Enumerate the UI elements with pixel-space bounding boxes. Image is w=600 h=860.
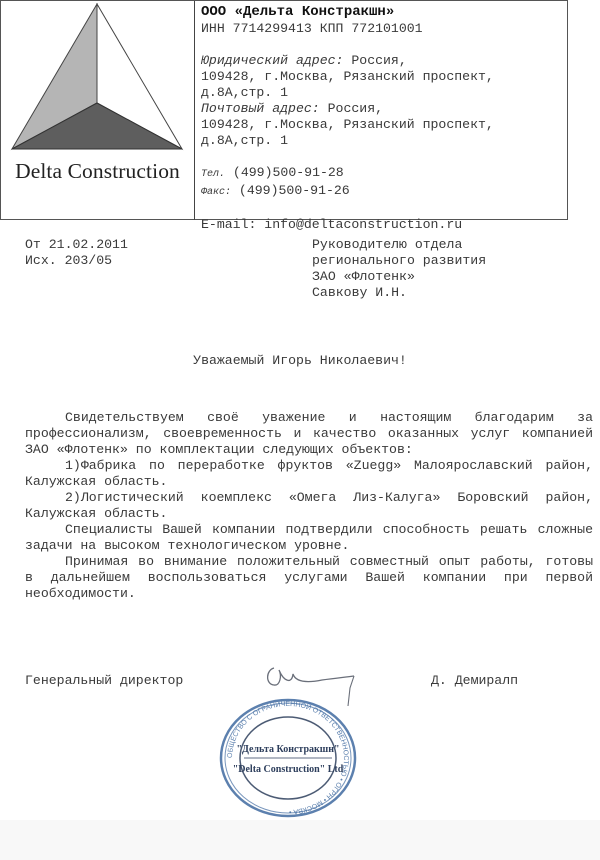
paragraph-1: профессионализм, своевременность и качес…: [25, 426, 593, 458]
legal-address: Юридический адрес: Россия,: [201, 53, 566, 69]
postal-address-label: Почтовый адрес:: [201, 101, 320, 116]
recipient-line: Савкову И.Н.: [312, 285, 486, 301]
paragraph-2: Специалисты Вашей компании подтвердили с…: [25, 522, 593, 554]
logo-cell: Delta Construction: [1, 1, 195, 220]
paragraph-1-first-line: Свидетельствуем своё уважение и настоящи…: [25, 410, 593, 426]
recipient-line: ЗАО «Флотенк»: [312, 269, 486, 285]
letterhead: Delta Construction ООО «Дельта Констракш…: [0, 0, 568, 220]
letter-body: Свидетельствуем своё уважение и настоящи…: [25, 410, 593, 602]
inn-kpp: ИНН 7714299413 КПП 772101001: [201, 21, 566, 37]
legal-address-label: Юридический адрес:: [201, 53, 343, 68]
company-name: ООО «Дельта Констракшн»: [201, 3, 566, 21]
list-item-1: 1)Фабрика по переработке фруктов «Zuegg»…: [25, 458, 593, 490]
email[interactable]: E-mail: info@deltaconstruction.ru: [201, 217, 566, 233]
postal-address-line: 109428, г.Москва, Рязанский проспект,: [201, 117, 566, 133]
logo-text: Delta Construction: [1, 159, 194, 184]
company-info: ООО «Дельта Констракшн» ИНН 7714299413 К…: [201, 3, 566, 233]
letter-meta: От 21.02.2011 Исх. 203/05: [25, 237, 128, 269]
letter-date: От 21.02.2011: [25, 237, 128, 253]
stamp-name-en: "Delta Construction" Ltd: [233, 764, 344, 775]
delta-triangle-logo-icon: [9, 3, 187, 153]
page-footer-band: [0, 820, 600, 860]
stamp-name-ru: "Дельта Констракшн": [236, 744, 339, 755]
fax: Факс: (499)500-91-26: [201, 183, 566, 201]
postal-address-line: д.8А,стр. 1: [201, 133, 566, 149]
phone: Тел. (499)500-91-28: [201, 165, 566, 183]
list-item-2: 2)Логистический коемплекс «Омега Лиз-Кал…: [25, 490, 593, 522]
recipient-line: Руководителю отдела: [312, 237, 486, 253]
outgoing-number: Исх. 203/05: [25, 253, 128, 269]
legal-address-line: д.8А,стр. 1: [201, 85, 566, 101]
recipient-block: Руководителю отдела регионального развит…: [312, 237, 486, 301]
greeting: Уважаемый Игорь Николаевич!: [0, 353, 600, 369]
legal-address-line: 109428, г.Москва, Рязанский проспект,: [201, 69, 566, 85]
signatory-title: Генеральный директор: [25, 673, 183, 689]
paragraph-3: Принимая во внимание положительный совме…: [25, 554, 593, 602]
recipient-line: регионального развития: [312, 253, 486, 269]
company-seal-stamp-icon: ОБЩЕСТВО С ОГРАНИЧЕННОЙ ОТВЕТСТВЕННОСТЬЮ…: [218, 698, 358, 818]
signatory-name: Д. Демиралп: [431, 673, 518, 689]
postal-address: Почтовый адрес: Россия,: [201, 101, 566, 117]
